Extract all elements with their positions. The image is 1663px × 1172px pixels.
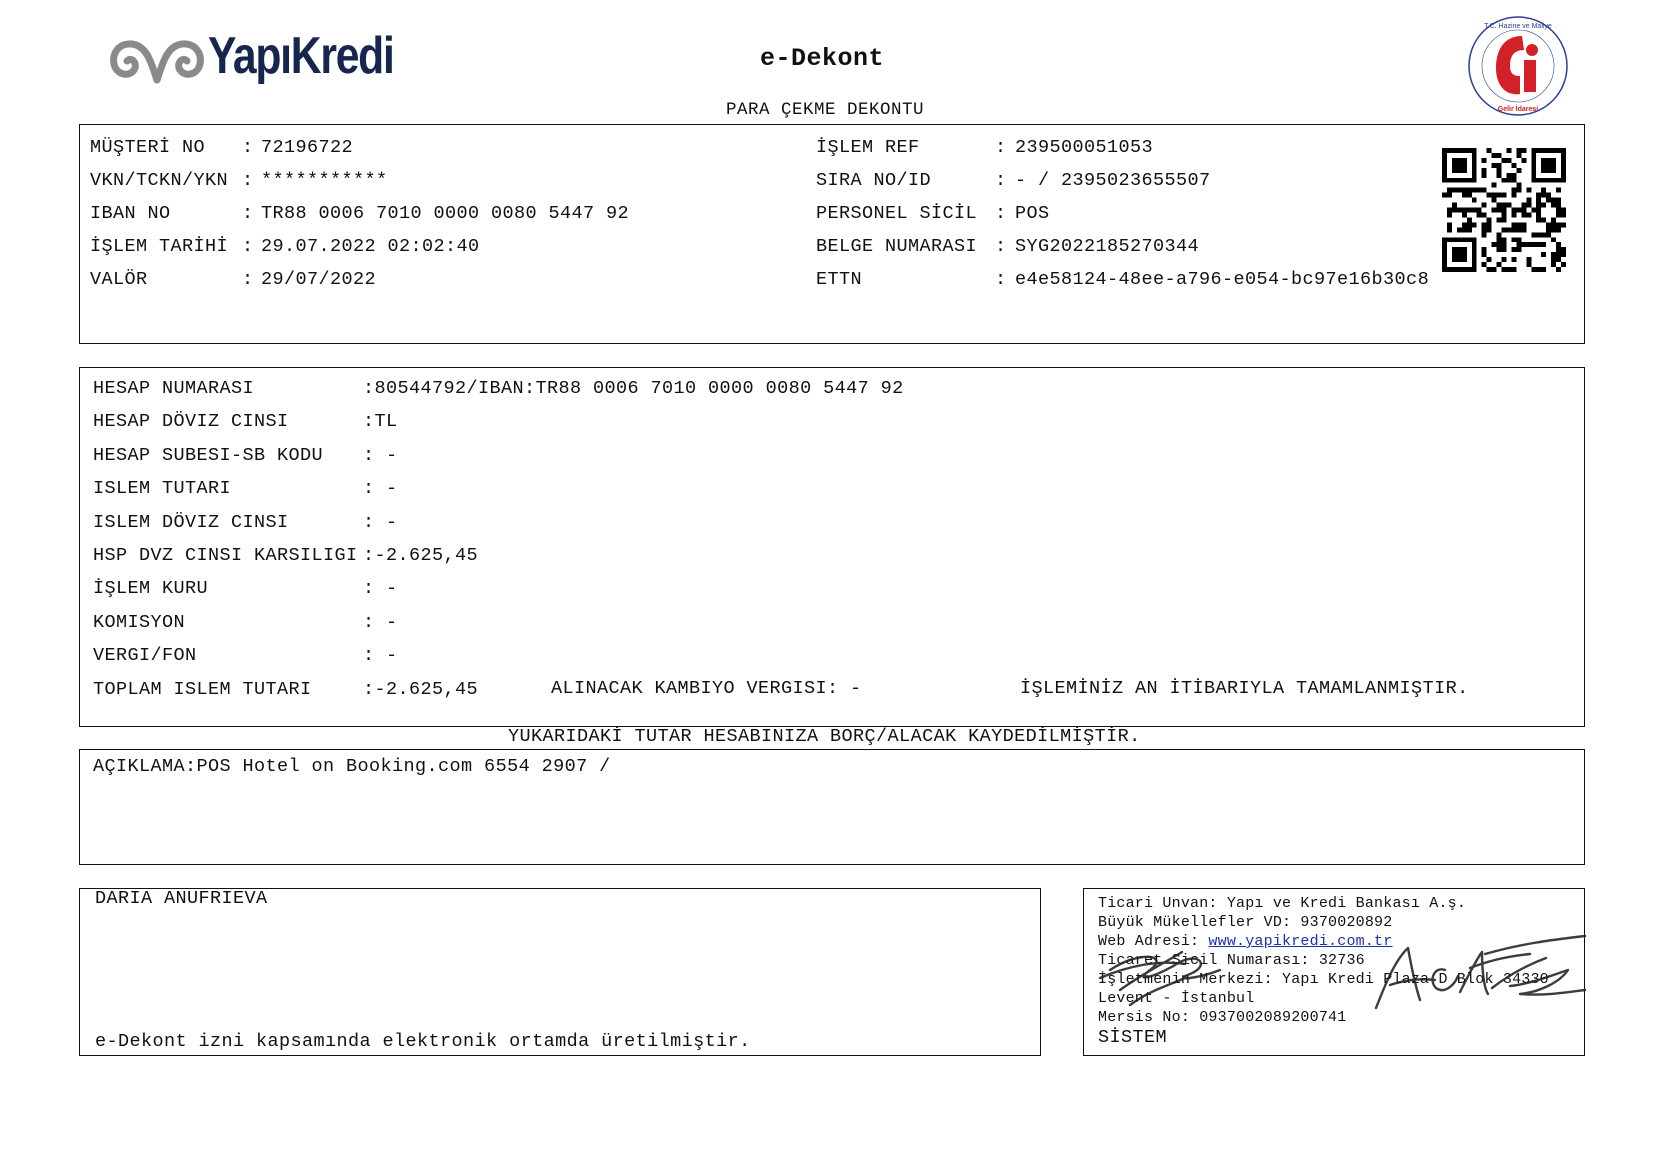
transaction-field-value: :TL xyxy=(363,411,398,432)
customer-field-label: MÜŞTERİ NO xyxy=(90,137,205,158)
customer-field-value: *********** xyxy=(261,170,388,191)
transaction-field-value: : - xyxy=(363,612,398,633)
reference-field-value: SYG2022185270344 xyxy=(1015,236,1199,257)
document-title: e-Dekont xyxy=(760,44,884,73)
transaction-field-value: :-2.625,45 xyxy=(363,679,478,700)
completed-message: İŞLEMİNİZ AN İTİBARIYLA TAMAMLANMIŞTIR. xyxy=(1020,678,1469,699)
transaction-field-label: ISLEM DÖVIZ CINSI xyxy=(93,512,289,533)
edekont-note: e-Dekont izni kapsamında elektronik orta… xyxy=(95,1031,751,1052)
transaction-field-label: HSP DVZ CINSI KARSILIGI xyxy=(93,545,358,566)
customer-field-colon: : xyxy=(242,137,254,158)
reference-field-colon: : xyxy=(995,137,1007,158)
reference-field-colon: : xyxy=(995,236,1007,257)
reference-field-label: İŞLEM REF xyxy=(816,137,920,158)
gib-seal-icon: T.C. Hazine ve Maliye Gelir İdaresi xyxy=(1466,14,1570,118)
reference-field-label: ETTN xyxy=(816,269,862,290)
debit-credit-notice: YUKARIDAKİ TUTAR HESABINIZA BORÇ/ALACAK … xyxy=(508,726,1141,747)
transaction-field-value: :-2.625,45 xyxy=(363,545,478,566)
transaction-field-label: VERGI/FON xyxy=(93,645,197,666)
customer-name: DARIA ANUFRIEVA xyxy=(95,888,268,909)
reference-field-value: e4e58124-48ee-a796-e054-bc97e16b30c8 xyxy=(1015,269,1429,290)
mersis-number: Mersis No: 0937002089200741 xyxy=(1098,1009,1346,1026)
customer-field-label: IBAN NO xyxy=(90,203,171,224)
customer-field-label: VALÖR xyxy=(90,269,148,290)
reference-field-colon: : xyxy=(995,269,1007,290)
transaction-field-label: HESAP DÖVIZ CINSI xyxy=(93,411,289,432)
customer-field-value: 29.07.2022 02:02:40 xyxy=(261,236,480,257)
transaction-field-label: HESAP SUBESI-SB KODU xyxy=(93,445,323,466)
reference-field-value: - / 2395023655507 xyxy=(1015,170,1211,191)
system-label: SİSTEM xyxy=(1098,1027,1167,1048)
transaction-field-label: HESAP NUMARASI xyxy=(93,378,254,399)
customer-field-label: İŞLEM TARİHİ xyxy=(90,236,228,257)
customer-field-colon: : xyxy=(242,203,254,224)
transaction-field-label: İŞLEM KURU xyxy=(93,578,208,599)
kambiyo-tax: ALINACAK KAMBIYO VERGISI: - xyxy=(551,678,862,699)
yapikredi-logo-text: YapıKredi xyxy=(208,26,394,86)
svg-text:Gelir İdaresi: Gelir İdaresi xyxy=(1498,105,1539,113)
tax-office: Büyük Mükellefler VD: 9370020892 xyxy=(1098,914,1392,931)
customer-field-value: 72196722 xyxy=(261,137,353,158)
qr-code-icon xyxy=(1442,148,1566,272)
document-type: PARA ÇEKME DEKONTU xyxy=(726,100,924,120)
transaction-field-value: : - xyxy=(363,512,398,533)
customer-field-label: VKN/TCKN/YKN xyxy=(90,170,228,191)
reference-field-label: PERSONEL SİCİL xyxy=(816,203,977,224)
description-text: AÇIKLAMA:POS Hotel on Booking.com 6554 2… xyxy=(93,756,611,777)
reference-field-value: POS xyxy=(1015,203,1050,224)
reference-field-label: BELGE NUMARASI xyxy=(816,236,977,257)
customer-field-colon: : xyxy=(242,236,254,257)
transaction-field-value: :80544792/IBAN:TR88 0006 7010 0000 0080 … xyxy=(363,378,904,399)
reference-field-colon: : xyxy=(995,170,1007,191)
transaction-field-value: : - xyxy=(363,478,398,499)
transaction-field-value: : - xyxy=(363,578,398,599)
transaction-field-label: ISLEM TUTARI xyxy=(93,478,231,499)
reference-field-value: 239500051053 xyxy=(1015,137,1153,158)
transaction-field-value: : - xyxy=(363,645,398,666)
customer-field-colon: : xyxy=(242,170,254,191)
reference-field-label: SIRA NO/ID xyxy=(816,170,931,191)
customer-field-colon: : xyxy=(242,269,254,290)
reference-field-colon: : xyxy=(995,203,1007,224)
transaction-field-label: TOPLAM ISLEM TUTARI xyxy=(93,679,312,700)
transaction-field-value: : - xyxy=(363,445,398,466)
signature-icon xyxy=(1090,930,1590,1010)
transaction-field-label: KOMISYON xyxy=(93,612,185,633)
yapikredi-logo-icon xyxy=(108,36,206,88)
customer-field-value: TR88 0006 7010 0000 0080 5447 92 xyxy=(261,203,629,224)
customer-field-value: 29/07/2022 xyxy=(261,269,376,290)
trade-name: Ticari Unvan: Yapı ve Kredi Bankası A.ş. xyxy=(1098,895,1466,912)
svg-text:T.C. Hazine ve Maliye: T.C. Hazine ve Maliye xyxy=(1484,23,1552,30)
